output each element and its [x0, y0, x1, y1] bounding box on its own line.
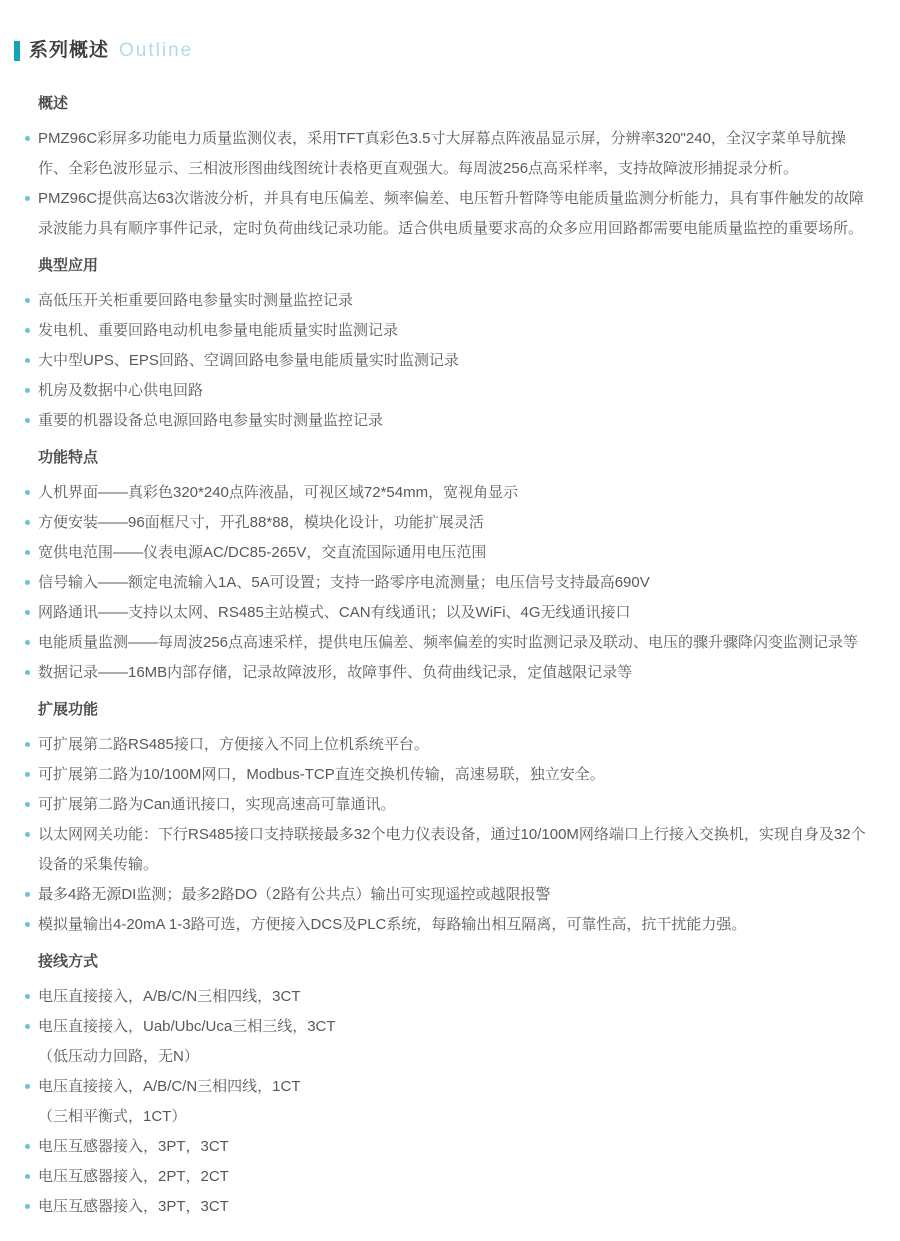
list-item-text: 可扩展第二路为Can通讯接口，实现高速高可靠通讯。 — [38, 796, 396, 813]
list-item-text: 宽供电范围——仪表电源AC/DC85-265V，交直流国际通用电压范围 — [38, 544, 486, 561]
bullet-list: PMZ96C彩屏多功能电力质量监测仪表，采用TFT真彩色3.5寸大屏幕点阵液晶显… — [38, 124, 874, 244]
list-item-note: （三相平衡式，1CT） — [38, 1102, 874, 1132]
list-item-text: 电能质量监测——每周波256点高速采样，提供电压偏差、频率偏差的实时监测记录及联… — [38, 634, 858, 651]
content-column: 概述 PMZ96C彩屏多功能电力质量监测仪表，采用TFT真彩色3.5寸大屏幕点阵… — [38, 96, 874, 1222]
list-item-text: 网路通讯——支持以太网、RS485主站模式、CAN有线通讯；以及WiFi、4G无… — [38, 604, 631, 621]
list-item-text: 大中型UPS、EPS回路、空调回路电参量电能质量实时监测记录 — [38, 352, 459, 369]
section-wiring: 接线方式 电压直接接入，A/B/C/N三相四线，3CT 电压直接接入，Uab/U… — [38, 954, 874, 1222]
bullet-dot-icon — [25, 580, 30, 585]
page-title-cn: 系列概述 — [29, 40, 109, 62]
list-item-text: 电压直接接入，Uab/Ubc/Uca三相三线，3CT — [38, 1018, 336, 1035]
bullet-dot-icon — [25, 802, 30, 807]
list-item: 人机界面——真彩色320*240点阵液晶，可视区域72*54mm，宽视角显示 — [38, 478, 874, 508]
list-item-text: 可扩展第二路RS485接口，方便接入不同上位机系统平台。 — [38, 736, 429, 753]
list-item: 电压互感器接入，3PT，3CT — [38, 1132, 874, 1162]
bullet-list: 可扩展第二路RS485接口，方便接入不同上位机系统平台。 可扩展第二路为10/1… — [38, 730, 874, 940]
bullet-dot-icon — [25, 892, 30, 897]
list-item: 电压直接接入，A/B/C/N三相四线，1CT — [38, 1072, 874, 1102]
bullet-dot-icon — [25, 1024, 30, 1029]
bullet-list: 电压直接接入，A/B/C/N三相四线，3CT 电压直接接入，Uab/Ubc/Uc… — [38, 982, 874, 1042]
list-item-text: 最多4路无源DI监测；最多2路DO（2路有公共点）输出可实现遥控或越限报警 — [38, 886, 551, 903]
bullet-dot-icon — [25, 418, 30, 423]
bullet-dot-icon — [25, 388, 30, 393]
bullet-dot-icon — [25, 742, 30, 747]
list-item-text: 电压互感器接入，2PT，2CT — [38, 1168, 229, 1185]
bullet-list: 人机界面——真彩色320*240点阵液晶，可视区域72*54mm，宽视角显示 方… — [38, 478, 874, 688]
list-item: 电能质量监测——每周波256点高速采样，提供电压偏差、频率偏差的实时监测记录及联… — [38, 628, 874, 658]
bullet-dot-icon — [25, 994, 30, 999]
bullet-dot-icon — [25, 298, 30, 303]
list-item-text: PMZ96C彩屏多功能电力质量监测仪表，采用TFT真彩色3.5寸大屏幕点阵液晶显… — [38, 130, 846, 177]
list-item: 可扩展第二路为10/100M网口，Modbus-TCP直连交换机传输，高速易联，… — [38, 760, 874, 790]
page-title-en: Outline — [119, 40, 193, 62]
document-page: 系列概述 Outline 概述 PMZ96C彩屏多功能电力质量监测仪表，采用TF… — [0, 0, 900, 1222]
list-item-text: 信号输入——额定电流输入1A、5A可设置；支持一路零序电流测量；电压信号支持最高… — [38, 574, 650, 591]
bullet-dot-icon — [25, 136, 30, 141]
list-item: 电压互感器接入，2PT，2CT — [38, 1162, 874, 1192]
bullet-dot-icon — [25, 196, 30, 201]
list-item-text: 模拟量输出4-20mA 1-3路可选，方便接入DCS及PLC系统，每路输出相互隔… — [38, 916, 746, 933]
bullet-dot-icon — [25, 1084, 30, 1089]
bullet-dot-icon — [25, 832, 30, 837]
section-applications: 典型应用 高低压开关柜重要回路电参量实时测量监控记录 发电机、重要回路电动机电参… — [38, 258, 874, 436]
list-item-text: 高低压开关柜重要回路电参量实时测量监控记录 — [38, 292, 353, 309]
list-item: 电压直接接入，A/B/C/N三相四线，3CT — [38, 982, 874, 1012]
list-item: 发电机、重要回路电动机电参量电能质量实时监测记录 — [38, 316, 874, 346]
bullet-dot-icon — [25, 490, 30, 495]
list-item: 大中型UPS、EPS回路、空调回路电参量电能质量实时监测记录 — [38, 346, 874, 376]
bullet-list: 电压互感器接入，3PT，3CT 电压互感器接入，2PT，2CT 电压互感器接入，… — [38, 1132, 874, 1222]
list-item: 宽供电范围——仪表电源AC/DC85-265V，交直流国际通用电压范围 — [38, 538, 874, 568]
section-heading: 概述 — [38, 96, 874, 111]
list-item-text: 机房及数据中心供电回路 — [38, 382, 203, 399]
list-item-text: 重要的机器设备总电源回路电参量实时测量监控记录 — [38, 412, 383, 429]
list-item-text: PMZ96C提供高达63次谐波分析，并具有电压偏差、频率偏差、电压暂升暂降等电能… — [38, 190, 864, 237]
list-item: 网路通讯——支持以太网、RS485主站模式、CAN有线通讯；以及WiFi、4G无… — [38, 598, 874, 628]
list-item: 机房及数据中心供电回路 — [38, 376, 874, 406]
bullet-dot-icon — [25, 610, 30, 615]
section-heading: 典型应用 — [38, 258, 874, 273]
bullet-dot-icon — [25, 1204, 30, 1209]
section-heading: 功能特点 — [38, 450, 874, 465]
list-item-text: 发电机、重要回路电动机电参量电能质量实时监测记录 — [38, 322, 398, 339]
section-features: 功能特点 人机界面——真彩色320*240点阵液晶，可视区域72*54mm，宽视… — [38, 450, 874, 688]
list-item-text: 数据记录——16MB内部存储，记录故障波形，故障事件、负荷曲线记录，定值越限记录… — [38, 664, 632, 681]
list-item: PMZ96C彩屏多功能电力质量监测仪表，采用TFT真彩色3.5寸大屏幕点阵液晶显… — [38, 124, 874, 184]
list-item: 方便安装——96面框尺寸，开孔88*88，模块化设计，功能扩展灵活 — [38, 508, 874, 538]
list-item: 以太网网关功能：下行RS485接口支持联接最多32个电力仪表设备，通过10/10… — [38, 820, 874, 880]
list-item-text: 方便安装——96面框尺寸，开孔88*88，模块化设计，功能扩展灵活 — [38, 514, 484, 531]
bullet-list: 电压直接接入，A/B/C/N三相四线，1CT — [38, 1072, 874, 1102]
list-item: 可扩展第二路为Can通讯接口，实现高速高可靠通讯。 — [38, 790, 874, 820]
bullet-dot-icon — [25, 922, 30, 927]
bullet-dot-icon — [25, 358, 30, 363]
list-item: 最多4路无源DI监测；最多2路DO（2路有公共点）输出可实现遥控或越限报警 — [38, 880, 874, 910]
list-item-text: 电压直接接入，A/B/C/N三相四线，3CT — [38, 988, 301, 1005]
list-item-text: 人机界面——真彩色320*240点阵液晶，可视区域72*54mm，宽视角显示 — [38, 484, 518, 501]
section-heading: 扩展功能 — [38, 702, 874, 717]
bullet-list: 高低压开关柜重要回路电参量实时测量监控记录 发电机、重要回路电动机电参量电能质量… — [38, 286, 874, 436]
bullet-dot-icon — [25, 1174, 30, 1179]
list-item: 可扩展第二路RS485接口，方便接入不同上位机系统平台。 — [38, 730, 874, 760]
list-item: 信号输入——额定电流输入1A、5A可设置；支持一路零序电流测量；电压信号支持最高… — [38, 568, 874, 598]
list-item: 重要的机器设备总电源回路电参量实时测量监控记录 — [38, 406, 874, 436]
bullet-dot-icon — [25, 772, 30, 777]
list-item: 数据记录——16MB内部存储，记录故障波形，故障事件、负荷曲线记录，定值越限记录… — [38, 658, 874, 688]
section-extensions: 扩展功能 可扩展第二路RS485接口，方便接入不同上位机系统平台。 可扩展第二路… — [38, 702, 874, 940]
list-item-text: 可扩展第二路为10/100M网口，Modbus-TCP直连交换机传输，高速易联，… — [38, 766, 605, 783]
title-accent-bar-icon — [14, 41, 20, 61]
page-header: 系列概述 Outline — [14, 40, 876, 62]
list-item: 电压互感器接入，3PT，3CT — [38, 1192, 874, 1222]
list-item-text: 以太网网关功能：下行RS485接口支持联接最多32个电力仪表设备，通过10/10… — [38, 826, 866, 873]
section-overview: 概述 PMZ96C彩屏多功能电力质量监测仪表，采用TFT真彩色3.5寸大屏幕点阵… — [38, 96, 874, 244]
list-item-note: （低压动力回路，无N） — [38, 1042, 874, 1072]
list-item: 模拟量输出4-20mA 1-3路可选，方便接入DCS及PLC系统，每路输出相互隔… — [38, 910, 874, 940]
bullet-dot-icon — [25, 520, 30, 525]
bullet-dot-icon — [25, 1144, 30, 1149]
bullet-dot-icon — [25, 670, 30, 675]
list-item-text: 电压互感器接入，3PT，3CT — [38, 1198, 229, 1215]
list-item: 电压直接接入，Uab/Ubc/Uca三相三线，3CT — [38, 1012, 874, 1042]
list-item: 高低压开关柜重要回路电参量实时测量监控记录 — [38, 286, 874, 316]
section-heading: 接线方式 — [38, 954, 874, 969]
bullet-dot-icon — [25, 640, 30, 645]
bullet-dot-icon — [25, 328, 30, 333]
list-item: PMZ96C提供高达63次谐波分析，并具有电压偏差、频率偏差、电压暂升暂降等电能… — [38, 184, 874, 244]
list-item-text: 电压互感器接入，3PT，3CT — [38, 1138, 229, 1155]
bullet-dot-icon — [25, 550, 30, 555]
list-item-text: 电压直接接入，A/B/C/N三相四线，1CT — [38, 1078, 301, 1095]
